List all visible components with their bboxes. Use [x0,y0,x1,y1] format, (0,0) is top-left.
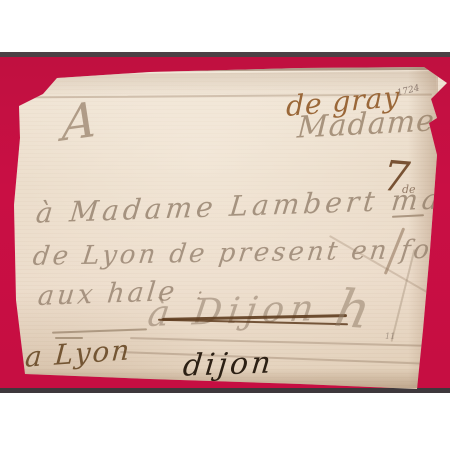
pencil-note-small: 11 [385,333,395,341]
salutation-initial: A [61,95,97,149]
forwarding-note-dijon: dijon [181,348,275,381]
salutation-word-madame: Madame [296,106,435,143]
crossed-out-destination-dijon: à Dijon [146,291,322,333]
ink-dash-after-line1 [392,214,424,218]
paper-crease [120,351,435,365]
paraph-flourish: h [331,283,375,337]
ink-dash-before-dijon [52,328,147,333]
address-line-1-text: à Madame Lambert mar [34,182,450,230]
address-line-1: à Madame Lambert mard [35,184,450,227]
photo-of-antique-letter: 1724 de gray A Madame 7 de à Madame Lamb… [0,0,450,450]
forwarding-note-a-lyon: a Lyon [24,336,132,372]
bottom-dark-strip [0,388,450,393]
